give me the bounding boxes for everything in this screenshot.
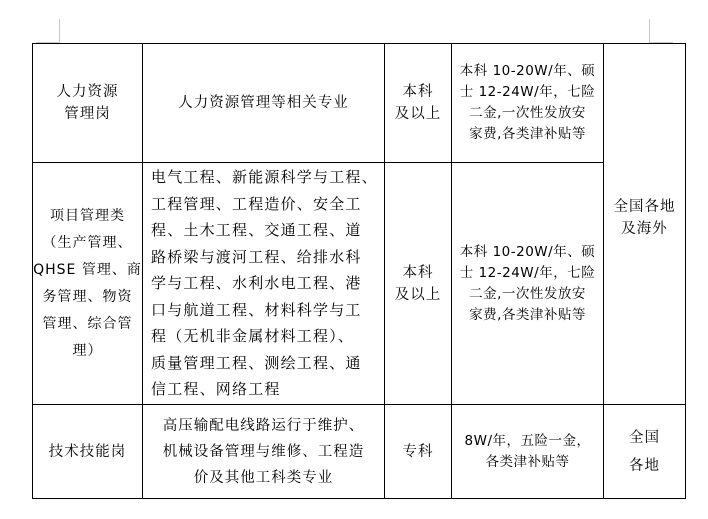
pay-line: 二金,一次性发放安 [452, 103, 603, 124]
position-cell: 项目管理类 （生产管理、 QHSE 管理、商 务管理、物资 管理、综合管 理） [33, 163, 143, 405]
table-row: 项目管理类 （生产管理、 QHSE 管理、商 务管理、物资 管理、综合管 理） … [33, 163, 686, 405]
position-line: QHSE 管理、商 [33, 257, 142, 284]
major-line: 程、土木工程、交通工程、道 [151, 217, 380, 244]
position-cell: 技术技能岗 [33, 405, 143, 499]
pay-cell: 本科 10-20W/年、硕 士 12-24W/年，七险 二金,一次性发放安 家费… [452, 163, 604, 405]
position-line: （生产管理、 [33, 230, 142, 257]
major-line: 价及其他工科类专业 [143, 465, 384, 491]
education-line: 及以上 [385, 284, 451, 306]
location-line: 全国各地 [604, 196, 685, 218]
pay-line: 本科 10-20W/年、硕 [452, 61, 603, 82]
pay-line: 家费,各类津补贴等 [452, 124, 603, 145]
page-corner-mark-right-vertical [649, 19, 650, 43]
education-cell: 本科 及以上 [385, 44, 452, 163]
pay-line: 各类津补贴等 [452, 452, 603, 473]
major-line: 程（无机非金属材料工程）、 [151, 323, 380, 350]
major-line: 高压输配电线路运行于维护、 [143, 413, 384, 439]
position-line: 人力资源 [33, 81, 142, 103]
location-line: 及海外 [604, 218, 685, 240]
education-line: 本科 [385, 81, 451, 103]
major-line: 质量管理工程、测绘工程、通 [151, 350, 380, 377]
major-line: 机械设备管理与维修、工程造 [143, 439, 384, 465]
page-corner-mark-left-vertical [59, 19, 60, 43]
location-line: 各地 [604, 452, 685, 480]
pay-line: 8W/年，五险一金， [452, 431, 603, 452]
pay-line: 二金,一次性发放安 [452, 284, 603, 305]
position-line: 技术技能岗 [33, 441, 142, 463]
pay-line: 士 12-24W/年，七险 [452, 263, 603, 284]
education-cell: 专科 [385, 405, 452, 499]
major-line: 电气工程、新能源科学与工程、 [151, 164, 380, 191]
education-cell: 本科 及以上 [385, 163, 452, 405]
pay-line: 本科 10-20W/年、硕 [452, 242, 603, 263]
position-line: 管理岗 [33, 103, 142, 125]
education-line: 本科 [385, 262, 451, 284]
table-row: 人力资源 管理岗 人力资源管理等相关专业 本科 及以上 本科 10-20W/年、… [33, 44, 686, 163]
pay-cell: 本科 10-20W/年、硕 士 12-24W/年，七险 二金,一次性发放安 家费… [452, 44, 604, 163]
position-line: 务管理、物资 [33, 284, 142, 311]
major-cell: 高压输配电线路运行于维护、 机械设备管理与维修、工程造 价及其他工科类专业 [143, 405, 385, 499]
position-line: 项目管理类 [33, 203, 142, 230]
education-line: 专科 [385, 441, 451, 463]
major-line: 学与工程、水利水电工程、港 [151, 270, 380, 297]
pay-line: 家费,各类津补贴等 [452, 305, 603, 326]
pay-cell: 8W/年，五险一金， 各类津补贴等 [452, 405, 604, 499]
recruitment-table: 人力资源 管理岗 人力资源管理等相关专业 本科 及以上 本科 10-20W/年、… [32, 43, 686, 499]
major-line: 信工程、网络工程 [151, 376, 380, 403]
education-line: 及以上 [385, 103, 451, 125]
major-cell: 人力资源管理等相关专业 [143, 44, 385, 163]
location-cell: 全国 各地 [604, 405, 686, 499]
major-line: 路桥梁与渡河工程、给排水科 [151, 244, 380, 271]
position-cell: 人力资源 管理岗 [33, 44, 143, 163]
major-line: 口与航道工程、材料科学与工 [151, 297, 380, 324]
pay-line: 士 12-24W/年，七险 [452, 82, 603, 103]
major-cell: 电气工程、新能源科学与工程、 工程管理、工程造价、安全工 程、土木工程、交通工程… [143, 163, 385, 405]
location-line: 全国 [604, 424, 685, 452]
position-line: 理） [33, 338, 142, 365]
major-line: 人力资源管理等相关专业 [143, 92, 384, 114]
major-line: 工程管理、工程造价、安全工 [151, 191, 380, 218]
location-cell-merged: 全国各地 及海外 [604, 44, 686, 405]
table-row: 技术技能岗 高压输配电线路运行于维护、 机械设备管理与维修、工程造 价及其他工科… [33, 405, 686, 499]
position-line: 管理、综合管 [33, 311, 142, 338]
